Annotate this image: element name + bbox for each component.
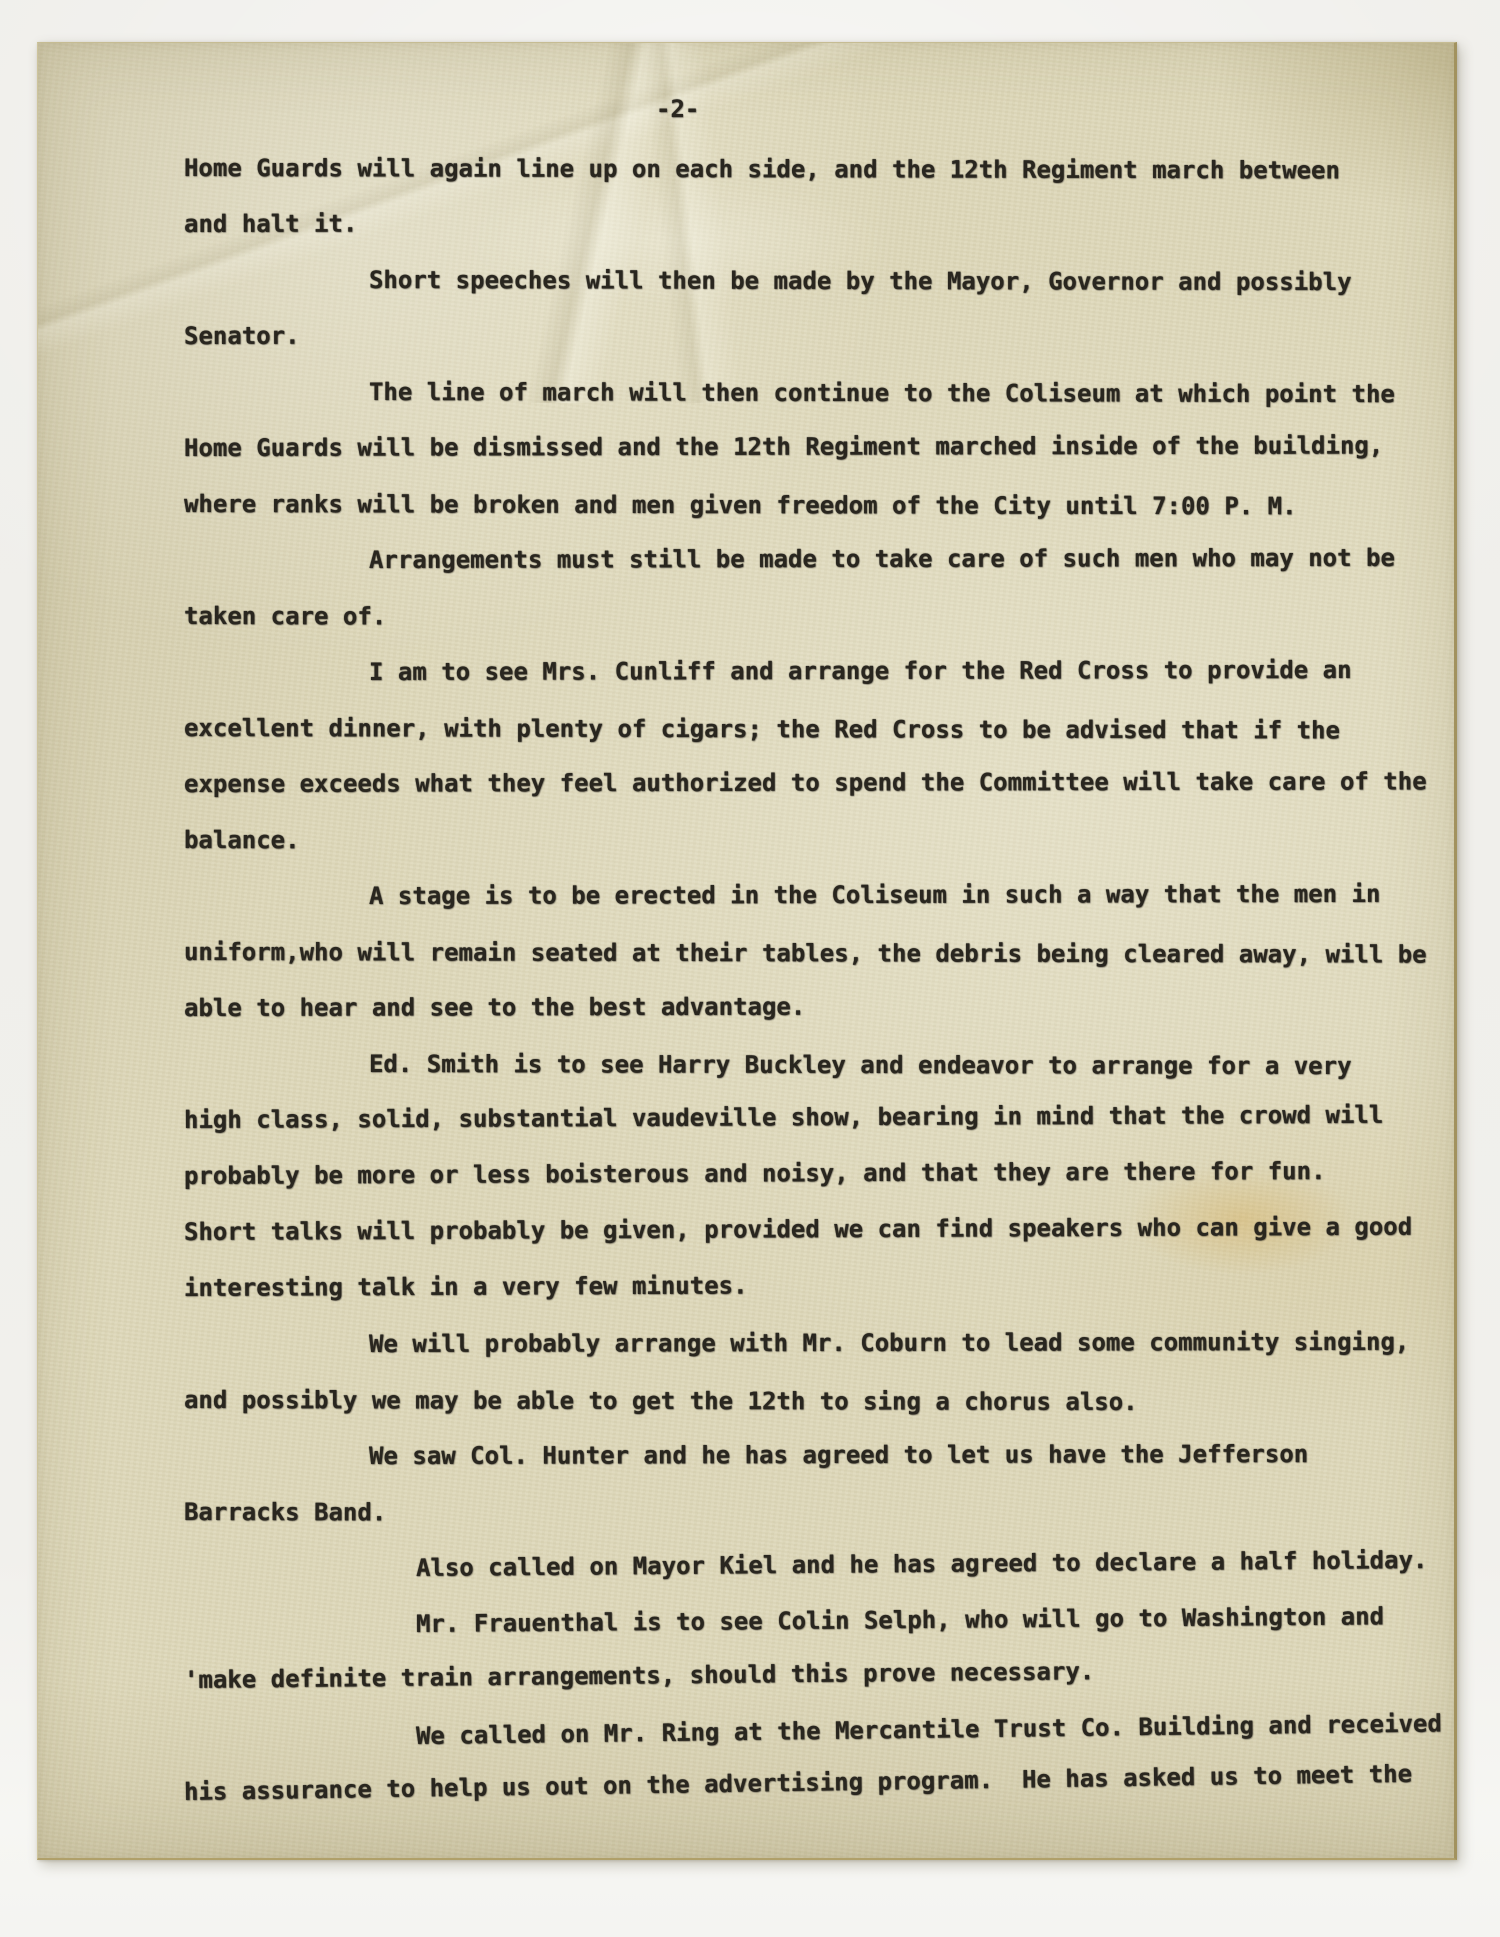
text-line: Also called on Mayor Kiel and he has agr…	[416, 1532, 1454, 1596]
text-line: I am to see Mrs. Cunliff and arrange for…	[369, 642, 1454, 700]
page-number: -2-	[656, 93, 699, 125]
document-photo: -2- Home Guards will again line up on ea…	[0, 0, 1500, 1937]
text-line: Arrangements must still be made to take …	[369, 530, 1454, 588]
text-line: Ed. Smith is to see Harry Buckley and en…	[369, 1036, 1454, 1094]
text-line: Short talks will probably be given, prov…	[184, 1198, 1454, 1260]
text-line: We saw Col. Hunter and he has agreed to …	[369, 1426, 1454, 1484]
text-line: A stage is to be erected in the Coliseum…	[369, 866, 1454, 924]
text-line: his assurance to help us out on the adve…	[184, 1745, 1455, 1820]
text-line: and halt it.	[184, 193, 1454, 252]
text-line: taken care of.	[184, 588, 1454, 647]
text-line: excellent dinner, with plenty of cigars;…	[184, 700, 1454, 759]
text-line: Home Guards will be dismissed and the 12…	[184, 417, 1454, 476]
text-line: balance.	[184, 812, 1454, 871]
text-line: and possibly we may be able to get the 1…	[184, 1372, 1454, 1431]
text-line: Short speeches will then be made by the …	[369, 252, 1454, 310]
text-line: where ranks will be broken and men given…	[184, 476, 1454, 535]
text-line: probably be more or less boisterous and …	[184, 1142, 1454, 1204]
text-line: interesting talk in a very few minutes.	[184, 1254, 1454, 1316]
text-line: able to hear and see to the best advanta…	[184, 977, 1454, 1036]
text-line: Senator.	[184, 305, 1454, 364]
document-page: -2- Home Guards will again line up on ea…	[37, 42, 1457, 1860]
document-body: Home Guards will again line up on each s…	[38, 140, 1454, 1820]
text-line: We will probably arrange with Mr. Coburn…	[369, 1314, 1454, 1372]
text-line: The line of march will then continue to …	[369, 364, 1454, 422]
text-line: high class, solid, substantial vaudevill…	[184, 1086, 1454, 1148]
text-line: expense exceeds what they feel authorize…	[184, 753, 1454, 812]
text-line: Home Guards will again line up on each s…	[184, 140, 1454, 199]
text-line: uniform,who will remain seated at their …	[184, 924, 1454, 983]
